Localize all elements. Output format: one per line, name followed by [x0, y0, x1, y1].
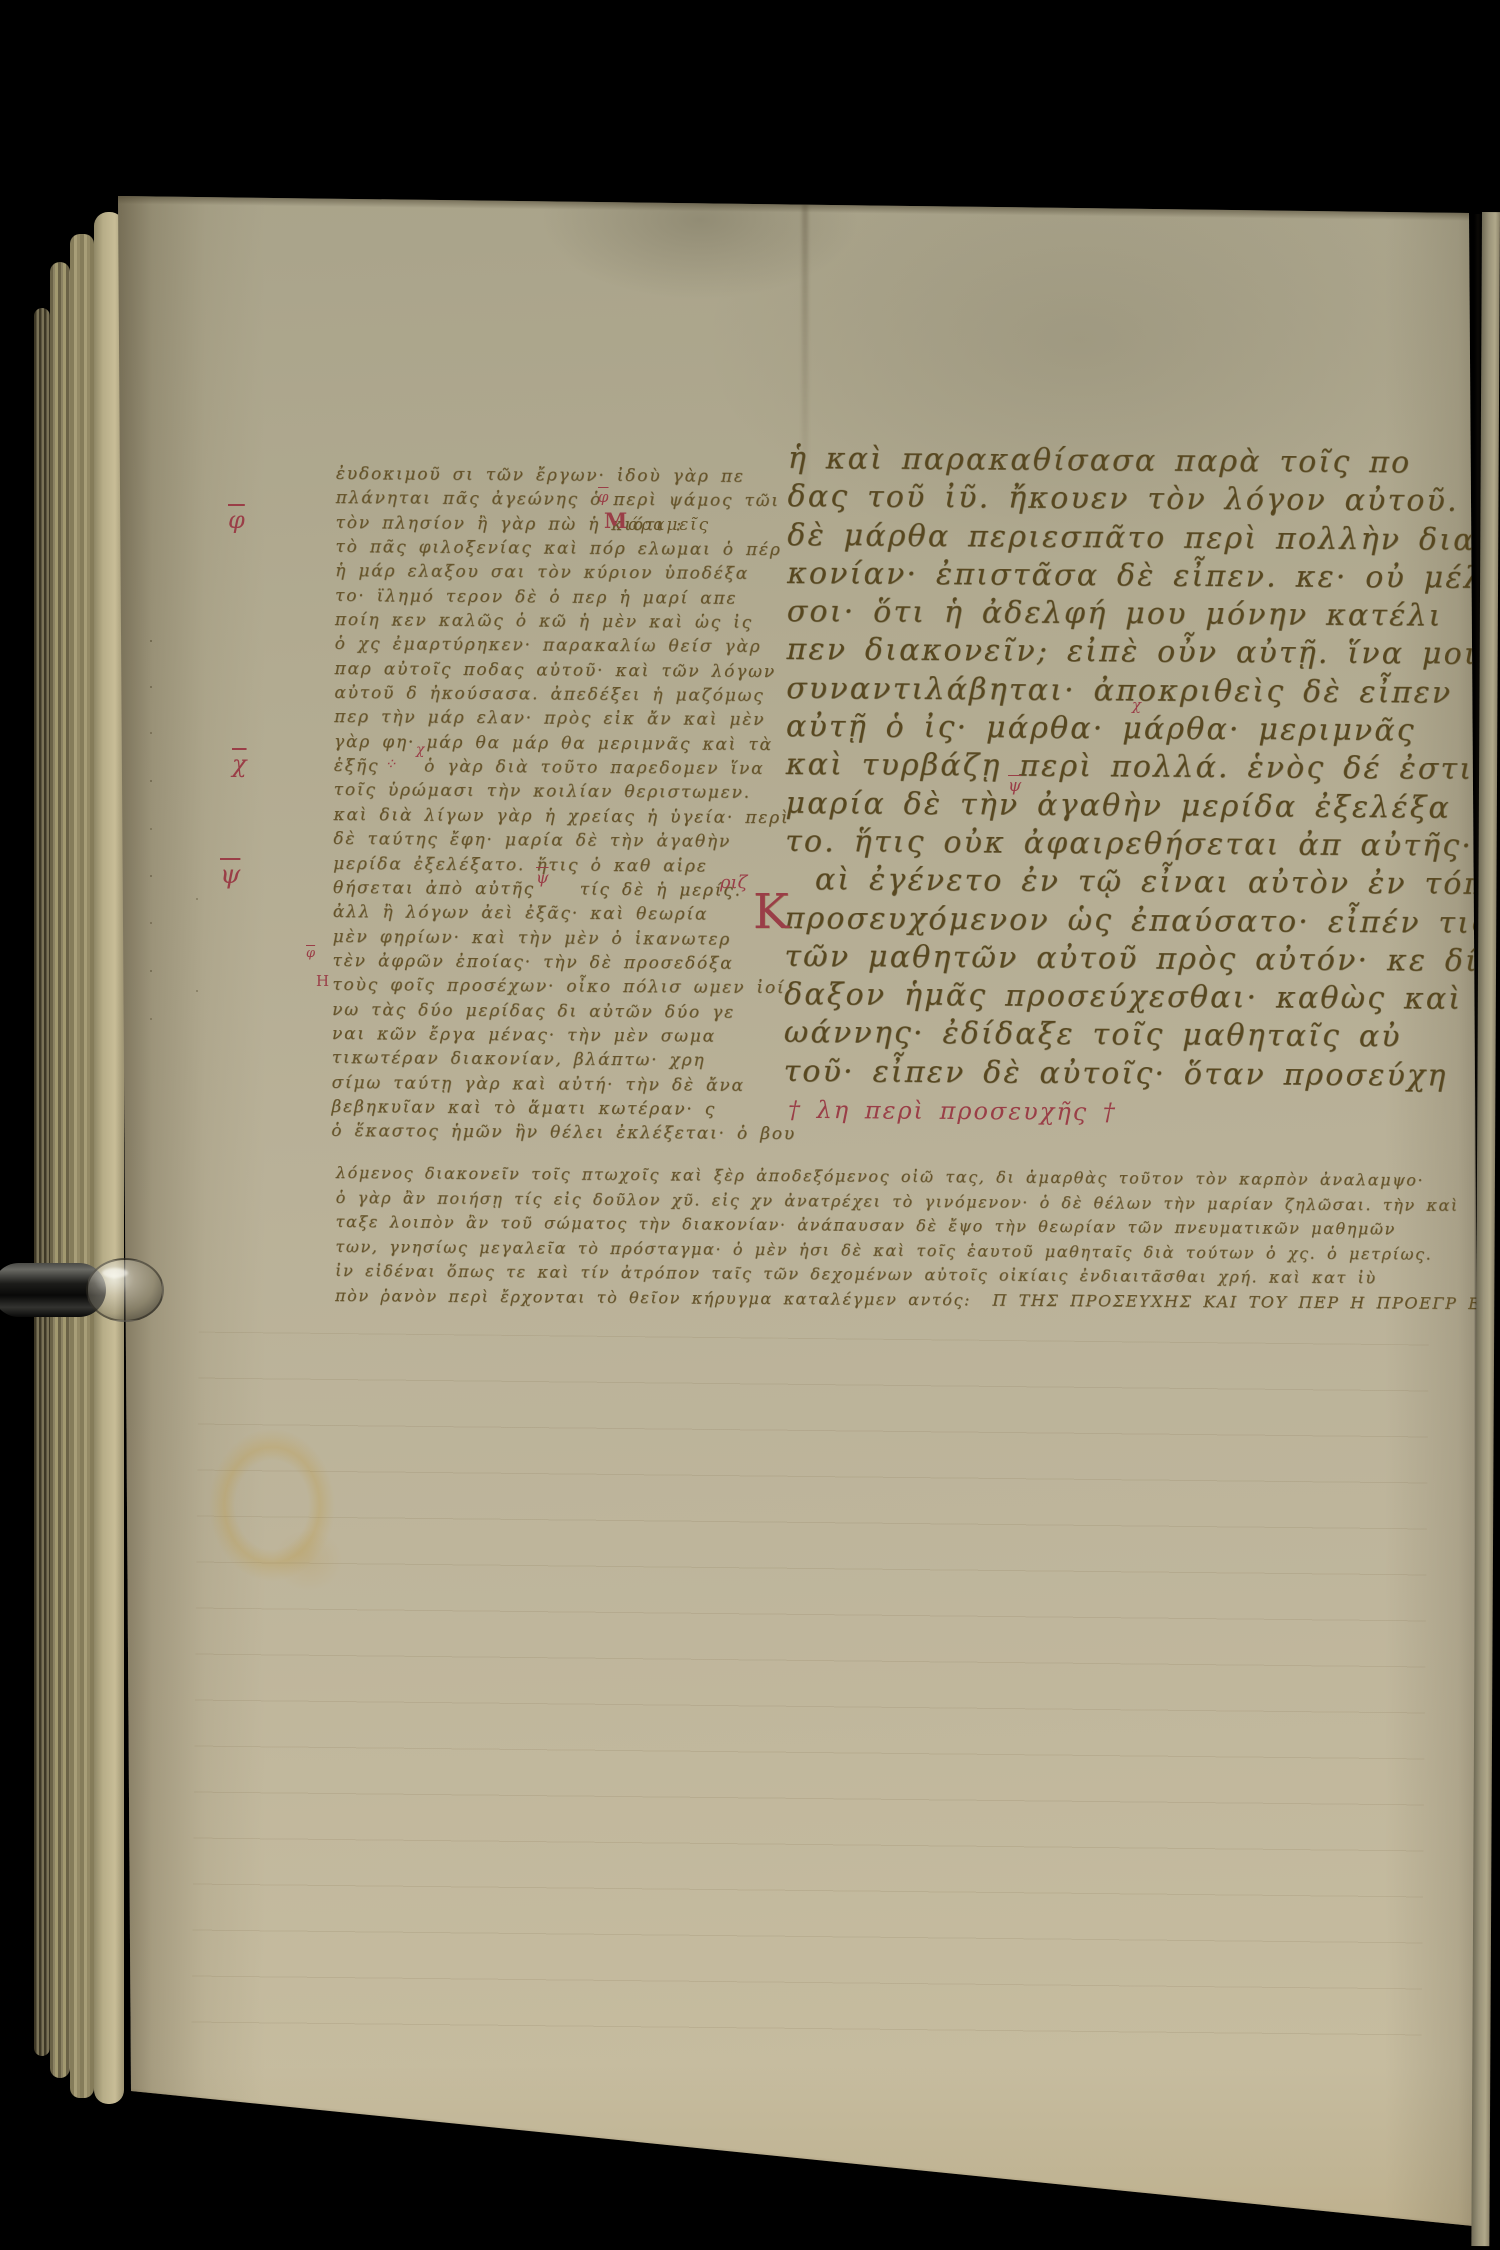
inline-asterism-mark: ⁘ [384, 755, 397, 773]
text-line: προσευχόμενον ὡς ἐπαύσατο· εἶπέν τις [785, 900, 1410, 943]
inline-sign-chi: χ [416, 742, 424, 758]
text-line: περ τὴν μάρ ελαν· πρὸς εἰκ ἄν καὶ μὲν [334, 705, 736, 732]
text-line: το. ἥτις οὐκ ἀφαιρεθήσεται ἀπ αὐτῆς· [785, 823, 1410, 866]
ruling-lines [191, 1332, 1429, 2069]
text-line: πεν διακονεῖν; εἰπὲ οὖν αὐτῇ. ἵνα μοι [786, 631, 1411, 674]
text-line: δας τοῦ ἰῦ. ἤκουεν τὸν λόγον αὐτοῦ. ἡ [787, 478, 1412, 521]
text-line: πλάνηται πᾶς ἀγεώνης ὁ περὶ ψάμος τῶι [336, 486, 738, 513]
main-text-column: ἡ καὶ παρακαθίσασα παρὰ τοῖς ποδας τοῦ ἰ… [783, 440, 1413, 1095]
text-line: ἡ μάρ ελαξου σαι τὸν κύριον ὑποδέξα [335, 559, 737, 586]
text-line: καὶ διὰ λίγων γὰρ ἡ χρείας ἡ ὑγεία· περὶ [333, 803, 735, 830]
text-line: ἡ καὶ παρακαθίσασα παρὰ τοῖς πο [788, 440, 1413, 483]
pricking-holes [150, 640, 152, 642]
text-line: τοὺς φοῖς προσέχων· οἶκο πόλισ ωμεν ἰοί [332, 973, 734, 1000]
margin-sign-chi: χ [232, 750, 247, 778]
text-line: ὁ ἕκαστος ἡμῶν ἣν θέλει ἐκλέξεται· ὁ βου [331, 1119, 733, 1146]
page-edge-stack-strip [34, 308, 50, 2056]
text-line: μὲν φηρίων· καὶ τὴν μὲν ὁ ἱκανωτερ [333, 925, 735, 952]
text-line: ἀλλ ἢ λόγων ἀεὶ ἐξᾶς· καὶ θεωρία [333, 900, 735, 927]
text-line: κονίαν· ἐπιστᾶσα δὲ εἶπεν. κε· οὐ μέλει [787, 555, 1412, 598]
text-line: σίμω ταύτῃ γὰρ καὶ αὐτή· τὴν δὲ ἄνα [332, 1071, 734, 1098]
text-line: ὁ χς ἐμαρτύρηκεν· παρακαλίω θείσ γὰρ [335, 632, 737, 659]
text-line: τὸ πᾶς φιλοξενίας καὶ πόρ ελωμαι ὁ πέρ [335, 535, 737, 562]
text-line: ναι κῶν ἔργα μένας· τὴν μὲν σωμα [332, 1022, 734, 1049]
text-line: βεβηκυῖαν καὶ τὸ ἅματι κωτέραν· ς [331, 1095, 733, 1122]
margin-sign-eta: Η [316, 972, 329, 990]
page-weight-glass-tip [86, 1258, 164, 1322]
red-initial-mu: Μ [604, 508, 627, 533]
text-line: μερίδα ἐξελέξατο. ἥτις ὁ καθ αἱρε [333, 851, 735, 878]
main-text-sign-psi: ψ [1008, 776, 1021, 796]
text-line: αὶ ἐγένετο ἐν τῷ εἶναι αὐτὸν ἐν τόπῳ τιν… [785, 861, 1410, 904]
page-bottom-edge-shading [130, 2088, 1482, 2236]
text-line: ωάννης· ἐδίδαξε τοῖς μαθηταῖς αὐ [784, 1014, 1409, 1057]
text-line: νω τὰς δύο μερίδας δι αὐτῶν δύο γε [332, 998, 734, 1025]
commentary-line-tail: άραμεῖς [628, 515, 710, 535]
text-line: τικωτέραν διακονίαν, βλάπτω· χρη [332, 1046, 734, 1073]
text-line: ἐυδοκιμοῦ σι τῶν ἔργων· ἰδοὺ γὰρ πε [336, 462, 738, 489]
text-line: δαξον ἡμᾶς προσεύχεσθαι· καθὼς καὶ ἰ [784, 976, 1409, 1019]
reference-sign-over-initial: φ [598, 488, 609, 506]
section-number: ριζ [720, 872, 747, 893]
text-line: σοι· ὅτι ἡ ἀδελφή μου μόνην κατέλι [787, 593, 1412, 636]
text-line: καὶ τυρβάζῃ περὶ πολλά. ἑνὸς δέ ἐστι χρε… [786, 746, 1411, 789]
text-line: τοῖς ὑρώμασι τὴν κοιλίαν θεριστωμεν. [334, 778, 736, 805]
catena-bottom-block: λόμενος διακονεῖν τοῖς πτωχοῖς καὶ ξὲρ ἀ… [335, 1161, 1416, 1316]
text-line: τοῦ· εἶπεν δὲ αὐτοῖς· ὅταν προσεύχη [783, 1053, 1408, 1096]
main-text-sign-chi: χ [1132, 696, 1141, 714]
page-edge-stack-strip [94, 212, 124, 2104]
commentary-column: ἐυδοκιμοῦ σι τῶν ἔργων· ἰδοὺ γὰρ πεπλάνη… [331, 462, 738, 1146]
text-line: το· ϊλημό τερον δὲ ὁ περ ἡ μαρί απε [335, 584, 737, 611]
page-edge-stack-strip [70, 234, 94, 2098]
chapter-rubric: † λη περὶ προσευχῆς † [788, 1096, 1117, 1126]
page-top-edge-shading [118, 195, 1473, 221]
text-line: τὲν ἀφρῶν ἐποίας· τὴν δὲ προσεδόξα [332, 949, 734, 976]
text-line: τῶν μαθητῶν αὐτοῦ πρὸς αὐτόν· κε δί [784, 938, 1409, 981]
red-initial-kappa: Κ [753, 884, 789, 940]
text-line: δὲ μάρθα περιεσπᾶτο περὶ πολλὴν δια [787, 517, 1412, 560]
text-line: γὰρ φη· μάρ θα μάρ θα μεριμνᾶς καὶ τὰ [334, 730, 736, 757]
text-line: ποίη κεν καλῶς ὁ κῶ ἡ μὲν καὶ ὡς ἰς [335, 608, 737, 635]
page-edge-stack-strip [50, 262, 70, 2078]
text-line: αὐτῇ ὁ ἰς· μάρθα· μάρθα· μεριμνᾶς [786, 708, 1411, 751]
photo-black-backdrop: { "page": { "rubric": "† λη περὶ προσευχ… [0, 0, 1500, 2250]
margin-sign-phi-small: φ [306, 946, 315, 961]
text-line: μαρία δὲ τὴν ἀγαθὴν μερίδα ἐξελέξα [785, 785, 1410, 828]
text-line: δὲ ταύτης ἔφη· μαρία δὲ τὴν ἀγαθὴν [333, 827, 735, 854]
inline-sign-psi: ψ [536, 868, 549, 887]
text-line: παρ αὐτοῖς ποδας αὐτοῦ· καὶ τῶν λόγων [334, 657, 736, 684]
manuscript-page: ἐυδοκιμοῦ σι τῶν ἔργων· ἰδοὺ γὰρ πεπλάνη… [0, 0, 1500, 2250]
margin-sign-phi: φ [228, 506, 245, 534]
text-line: συναντιλάβηται· ἀποκριθεὶς δὲ εἶπεν [786, 670, 1411, 713]
text-line: αὐτοῦ δ ἠκούσασα. ἀπεδέξει ἡ μαζόμως [334, 681, 736, 708]
margin-sign-psi: ψ [220, 860, 240, 890]
text-line: θήσεται ἀπὸ αὐτῆς τίς δὲ ἡ μερίς. [333, 876, 735, 903]
